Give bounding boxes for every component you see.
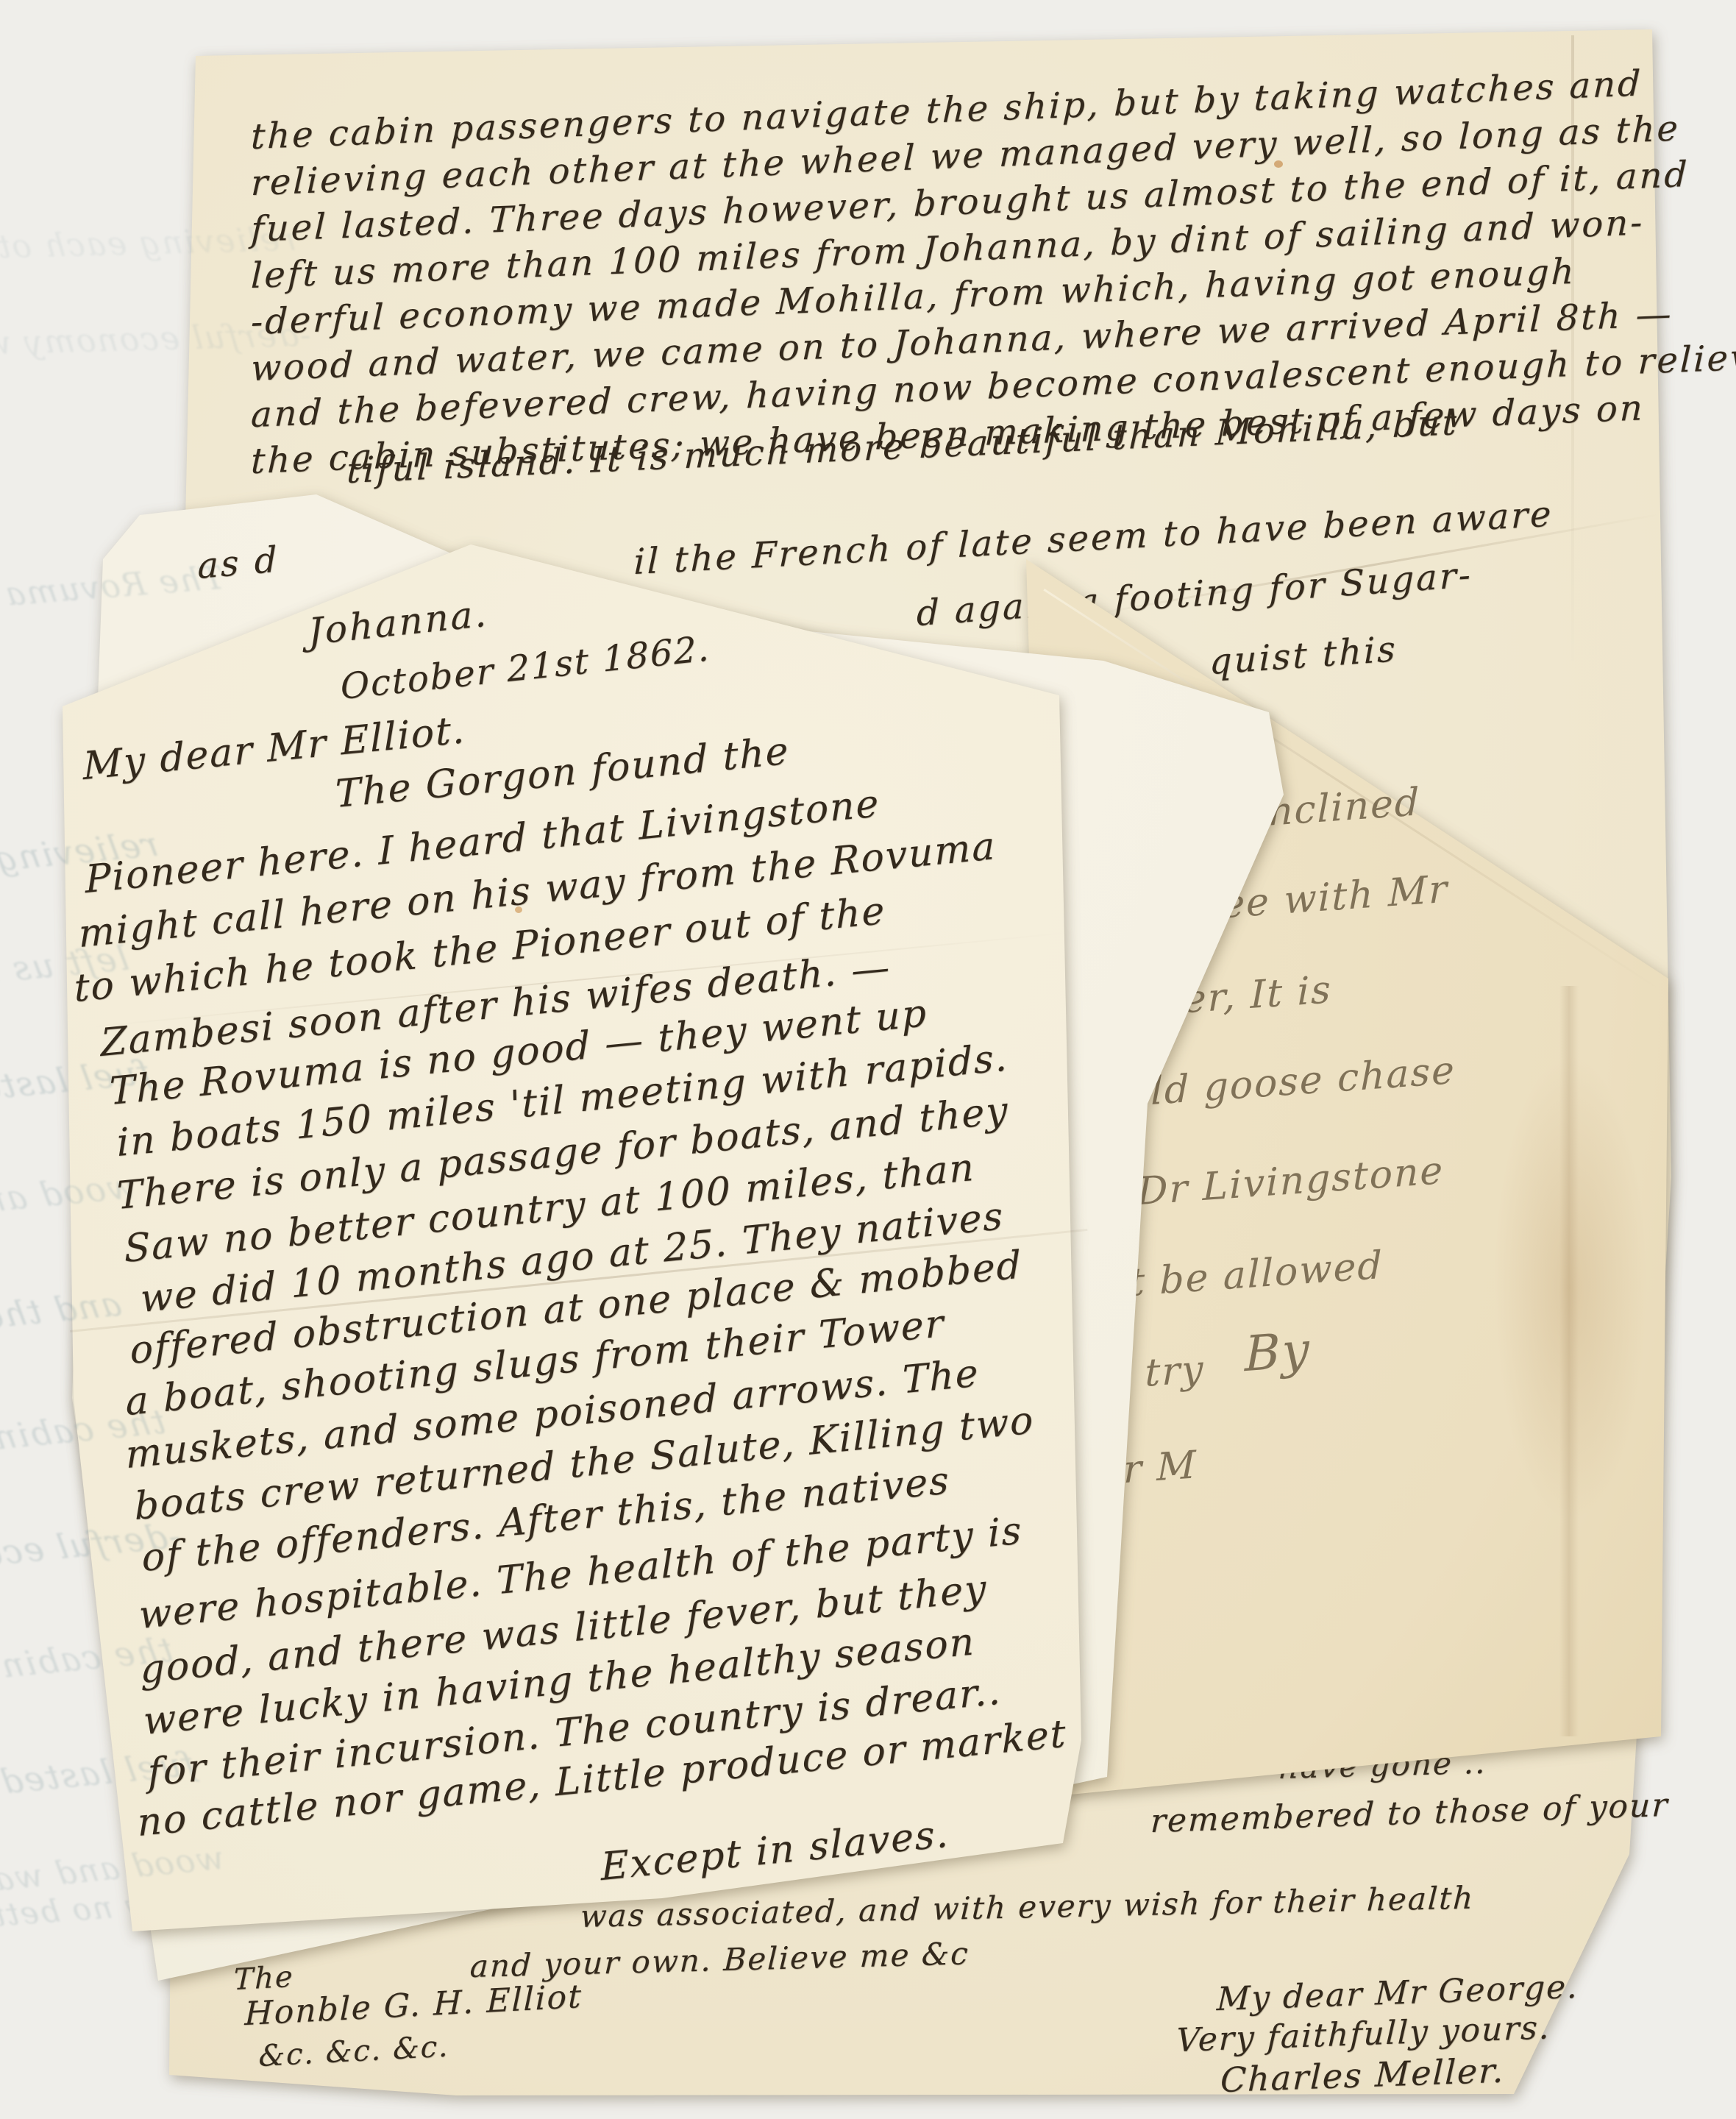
photograph-of-letters: the cabin passengers to navigate the shi… [0,0,1736,2119]
